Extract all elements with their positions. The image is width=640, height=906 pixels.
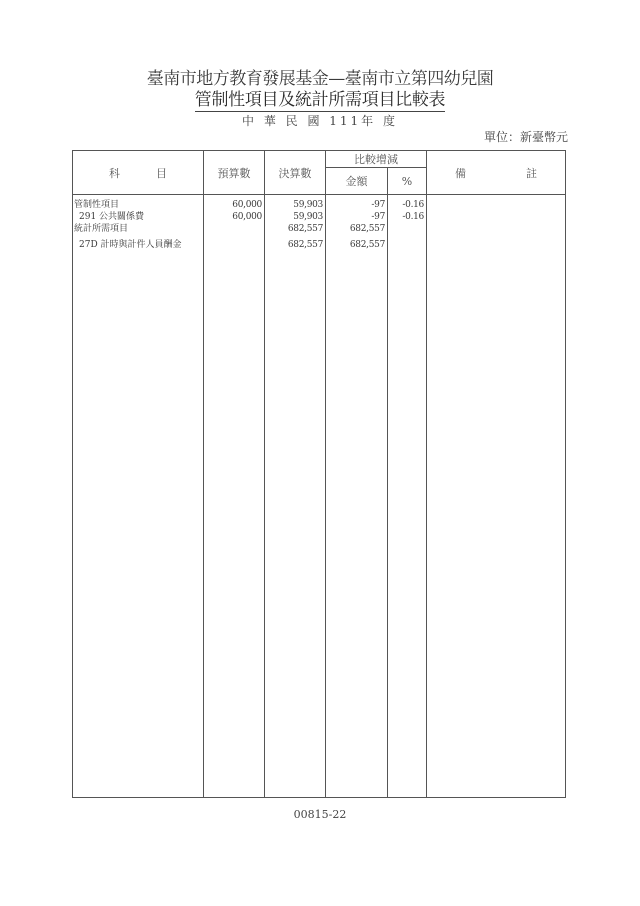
cell-subject: 管制性項目 xyxy=(73,199,203,211)
budget-column: 60,00060,000 xyxy=(204,195,265,798)
cell-amount: -97 xyxy=(326,199,387,211)
cell-amount: 682,557 xyxy=(326,223,387,235)
cell-note xyxy=(427,211,565,223)
header-actual: 決算數 xyxy=(265,151,326,195)
cell-percent xyxy=(388,223,426,235)
currency-unit: 單位：新臺幣元 xyxy=(484,128,568,145)
amount-column: -97-97682,557682,557 xyxy=(326,195,388,798)
header-budget: 預算數 xyxy=(204,151,265,195)
cell-note xyxy=(427,239,565,251)
table-body-row: 管制性項目291 公共關係費統計所需項目27D 計時與計件人員酬金 60,000… xyxy=(73,195,566,798)
note-column xyxy=(427,195,566,798)
header-subject: 科目 xyxy=(73,151,204,195)
percent-column: -0.16-0.16 xyxy=(388,195,427,798)
cell-note xyxy=(427,199,565,211)
header-comparison: 比較增減 xyxy=(326,151,427,168)
header-percent: % xyxy=(388,168,427,195)
cell-actual: 59,903 xyxy=(265,211,325,223)
cell-subject: 291 公共關係費 xyxy=(73,211,203,223)
subject-column: 管制性項目291 公共關係費統計所需項目27D 計時與計件人員酬金 xyxy=(73,195,204,798)
cell-budget: 60,000 xyxy=(204,211,264,223)
cell-budget: 60,000 xyxy=(204,199,264,211)
actual-column: 59,90359,903682,557682,557 xyxy=(265,195,326,798)
cell-subject: 統計所需項目 xyxy=(73,223,203,235)
cell-actual: 682,557 xyxy=(265,223,325,235)
cell-budget xyxy=(204,223,264,235)
cell-budget xyxy=(204,239,264,251)
header-amount: 金額 xyxy=(326,168,388,195)
cell-subject: 27D 計時與計件人員酬金 xyxy=(73,239,203,251)
table-header: 科目 預算數 決算數 比較增減 備註 金額 % xyxy=(73,151,566,195)
report-title-text: 管制性項目及統計所需項目比較表 xyxy=(195,90,446,112)
page-number: 00815-22 xyxy=(0,808,640,821)
report-title: 管制性項目及統計所需項目比較表 xyxy=(0,85,640,110)
cell-actual: 59,903 xyxy=(265,199,325,211)
cell-amount: 682,557 xyxy=(326,239,387,251)
cell-note xyxy=(427,223,565,235)
comparison-table: 科目 預算數 決算數 比較增減 備註 金額 % 管制性項目291 公共關係費統計… xyxy=(72,150,566,798)
cell-amount: -97 xyxy=(326,211,387,223)
header-note: 備註 xyxy=(427,151,566,195)
cell-actual: 682,557 xyxy=(265,239,325,251)
cell-percent: -0.16 xyxy=(388,211,426,223)
cell-percent xyxy=(388,239,426,251)
fiscal-year: 中 華 民 國 111年 度 xyxy=(0,112,640,129)
cell-percent: -0.16 xyxy=(388,199,426,211)
